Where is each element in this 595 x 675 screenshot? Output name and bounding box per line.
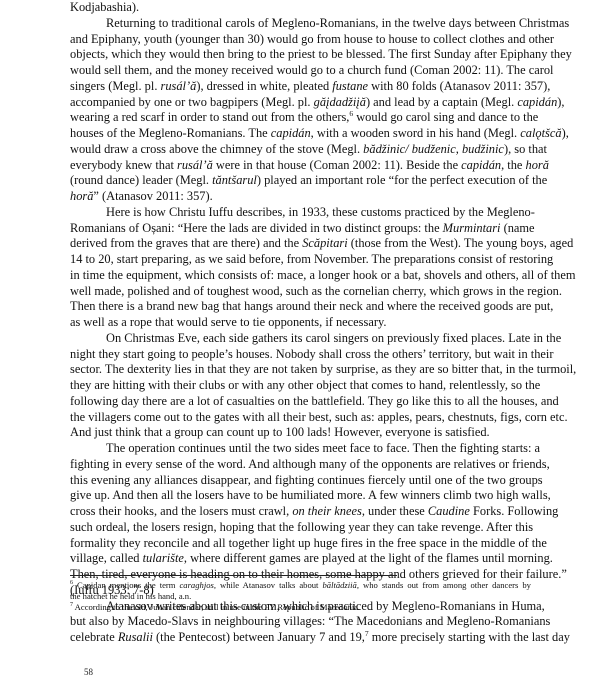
page-number: 58 [84, 667, 93, 675]
footnote-reference: 7 [70, 602, 73, 608]
text-segment: ), [557, 95, 564, 109]
text-segment: , with a wooden sword in his hand (Megl. [311, 126, 521, 140]
text-segment: Then, tired, everyone is heading on to t… [70, 567, 567, 581]
text-line: Romanians of Oșani: “Here the lads are d… [70, 221, 531, 237]
italic-term: tăntšarul [212, 173, 257, 187]
text-line: but also by Macedo-Slavs in neighbouring… [70, 614, 531, 630]
main-text-block: Kodjabashia).Returning to traditional ca… [70, 0, 531, 646]
text-segment: (name [501, 221, 535, 235]
text-segment: and Epiphany, youth (younger than 30) wo… [70, 32, 554, 46]
text-segment: The operation continues until the two si… [106, 441, 540, 455]
text-segment: this evening any alliances disappear, an… [70, 473, 543, 487]
text-segment: were in that house (Coman 2002: 11). Bes… [213, 158, 461, 172]
text-segment: cross their hooks, and the losers must c… [70, 504, 292, 518]
text-line: such ordeal, the losers resign, hoping t… [70, 520, 531, 536]
text-segment: , while Atanasov talks about [214, 580, 323, 590]
text-line: sector. The dexterity lies in that they … [70, 362, 531, 378]
text-segment: night they start going to people’s house… [70, 347, 554, 361]
text-segment: as well as a rope that would serve to ti… [70, 315, 386, 329]
italic-term: capidán [271, 126, 311, 140]
text-line: derived from the graves that are there) … [70, 236, 531, 252]
text-segment: but also by Macedo-Slavs in neighbouring… [70, 614, 550, 628]
text-segment: everybody knew that [70, 158, 177, 172]
text-segment: wearing a red scarf in order to stand ou… [70, 110, 349, 124]
text-line: this evening any alliances disappear, an… [70, 473, 531, 489]
text-line: Kodjabashia). [70, 0, 531, 16]
text-segment: 14 to 20, start preparing, as we said be… [70, 252, 553, 266]
text-line: horă” (Atanasov 2011: 357). [70, 189, 531, 205]
text-segment: singers (Megl. pl. [70, 79, 161, 93]
italic-term: fustane [332, 79, 368, 93]
footnote-separator [70, 575, 397, 576]
text-line: celebrate Rusalii (the Pentecost) betwee… [70, 630, 531, 646]
text-line: houses of the Megleno-Romanians. The cap… [70, 126, 531, 142]
italic-term: băltădziiă [322, 580, 356, 590]
text-segment: fighting in every sense of the word. And… [70, 457, 550, 471]
text-segment: derived from the graves that are there) … [70, 236, 302, 250]
text-segment: , the [501, 158, 525, 172]
footnote-line: 7 According to the old, Julian calendar,… [70, 602, 531, 613]
footnote-reference: 7 [365, 629, 369, 638]
italic-term: Murmintari [443, 221, 501, 235]
italic-term: rusál’ă [177, 158, 213, 172]
text-line: wearing a red scarf in order to stand ou… [70, 110, 531, 126]
italic-term: capidán [517, 95, 557, 109]
text-segment: ) and lead by a captain (Megl. [366, 95, 517, 109]
italic-term: Caudine [428, 504, 470, 518]
text-segment: such ordeal, the losers resign, hoping t… [70, 520, 533, 534]
text-line: night they start going to people’s house… [70, 347, 531, 363]
text-line: On Christmas Eve, each side gathers its … [70, 331, 531, 347]
text-line: as well as a rope that would serve to ti… [70, 315, 531, 331]
footnotes-block: 6 Capidan mentions the term caraghjos, w… [70, 580, 531, 614]
italic-term: Rusalii [118, 630, 153, 644]
text-segment: , who stands out from among other dancer… [357, 580, 531, 590]
text-segment: Here is how Christu Iuffu describes, in … [106, 205, 535, 219]
text-line: and Epiphany, youth (younger than 30) wo… [70, 32, 531, 48]
text-segment: the villagers come out to the gates with… [70, 410, 568, 424]
text-segment: Romanians of Oșani: “Here the lads are d… [70, 221, 443, 235]
text-segment: ), [562, 126, 569, 140]
text-line: formality they reconcile and all togethe… [70, 536, 531, 552]
italic-term: on their knees [292, 504, 362, 518]
text-line: the villagers come out to the gates with… [70, 410, 531, 426]
italic-term: horă [526, 158, 549, 172]
text-segment: following day there are a lot of casualt… [70, 394, 559, 408]
text-segment: (those from the West). The young boys, a… [348, 236, 574, 250]
text-line: 14 to 20, start preparing, as we said be… [70, 252, 531, 268]
italic-term: bădžinic/ budženic, budžinic [363, 142, 504, 156]
text-segment: , where different games are played at th… [184, 551, 553, 565]
text-segment: accompanied by one or two bagpipers (Meg… [70, 95, 314, 109]
text-line: objects, which they would then bring to … [70, 47, 531, 63]
text-segment: would sell them, and the money received … [70, 63, 553, 77]
text-line: And just think that a group can count up… [70, 425, 531, 441]
text-segment: Then there is a brand new bag that hangs… [70, 299, 553, 313]
text-line: give up. And then all the losers have to… [70, 488, 531, 504]
text-line: accompanied by one or two bagpipers (Meg… [70, 95, 531, 111]
footnote-line: the hatchet he held in his hand, a.n. [70, 591, 531, 602]
footnote-line: 6 Capidan mentions the term caraghjos, w… [70, 580, 531, 591]
italic-term: horă [70, 189, 93, 203]
text-segment: Capidan mentions the term [73, 580, 179, 590]
text-segment: in time the equipment, which consists of… [70, 268, 576, 282]
footnote-reference: 6 [349, 109, 353, 118]
italic-term: tularište [143, 551, 184, 565]
text-line: following day there are a lot of casualt… [70, 394, 531, 410]
text-line: everybody knew that rusál’ă were in that… [70, 158, 531, 174]
text-segment: ” (Atanasov 2011: 357). [93, 189, 212, 203]
text-segment: ), dressed in white, pleated [196, 79, 332, 93]
text-segment: Forks. Following [470, 504, 558, 518]
text-line: Then there is a brand new bag that hangs… [70, 299, 531, 315]
text-segment: objects, which they would then bring to … [70, 47, 572, 61]
text-line: would sell them, and the money received … [70, 63, 531, 79]
text-segment: And just think that a group can count up… [70, 425, 490, 439]
text-segment: would go carol sing and dance to the [353, 110, 538, 124]
text-line: would draw a cross above the chimney of … [70, 142, 531, 158]
text-segment: On Christmas Eve, each side gathers its … [106, 331, 561, 345]
italic-term: capidán [461, 158, 501, 172]
text-segment: they are hitting with their clubs or wit… [70, 378, 540, 392]
text-line: The operation continues until the two si… [70, 441, 531, 457]
text-segment: the hatchet he held in his hand, a.n. [70, 591, 191, 601]
italic-term: calǫtšcă [520, 126, 561, 140]
text-segment: houses of the Megleno-Romanians. The [70, 126, 271, 140]
text-line: Here is how Christu Iuffu describes, in … [70, 205, 531, 221]
text-segment: give up. And then all the losers have to… [70, 488, 551, 502]
text-segment: well made, polished and of toughest wood… [70, 284, 562, 298]
italic-term: caraghjos [179, 580, 213, 590]
text-segment: formality they reconcile and all togethe… [70, 536, 547, 550]
text-segment: (round dance) leader (Megl. [70, 173, 212, 187]
text-segment: Returning to traditional carols of Megle… [106, 16, 569, 30]
text-line: in time the equipment, which consists of… [70, 268, 531, 284]
text-segment: with 80 folds (Atanasov 2011: 357), [368, 79, 550, 93]
text-line: (round dance) leader (Megl. tăntšarul) p… [70, 173, 531, 189]
footnote-reference: 6 [70, 580, 73, 586]
text-segment: According to the old, Julian calendar, s… [73, 602, 360, 612]
italic-term: găįdadžiįă [314, 95, 366, 109]
text-line: Returning to traditional carols of Megle… [70, 16, 531, 32]
text-line: well made, polished and of toughest wood… [70, 284, 531, 300]
text-segment: Kodjabashia). [70, 0, 139, 14]
text-segment: sector. The dexterity lies in that they … [70, 362, 576, 376]
document-page: Kodjabashia).Returning to traditional ca… [0, 0, 595, 675]
text-segment: ), so that [504, 142, 547, 156]
text-segment: (the Pentecost) between January 7 and 19… [153, 630, 365, 644]
text-line: cross their hooks, and the losers must c… [70, 504, 531, 520]
text-line: they are hitting with their clubs or wit… [70, 378, 531, 394]
italic-term: rusál’ă [161, 79, 197, 93]
text-segment: , under these [362, 504, 428, 518]
text-segment: more precisely starting with the last da… [369, 630, 570, 644]
text-segment: celebrate [70, 630, 118, 644]
text-segment: village, called [70, 551, 143, 565]
italic-term: Scăpitari [302, 236, 347, 250]
text-segment: would draw a cross above the chimney of … [70, 142, 363, 156]
text-line: fighting in every sense of the word. And… [70, 457, 531, 473]
text-segment: ) played an important role “for the perf… [257, 173, 547, 187]
text-line: village, called tularište, where differe… [70, 551, 531, 567]
text-line: singers (Megl. pl. rusál’ă), dressed in … [70, 79, 531, 95]
